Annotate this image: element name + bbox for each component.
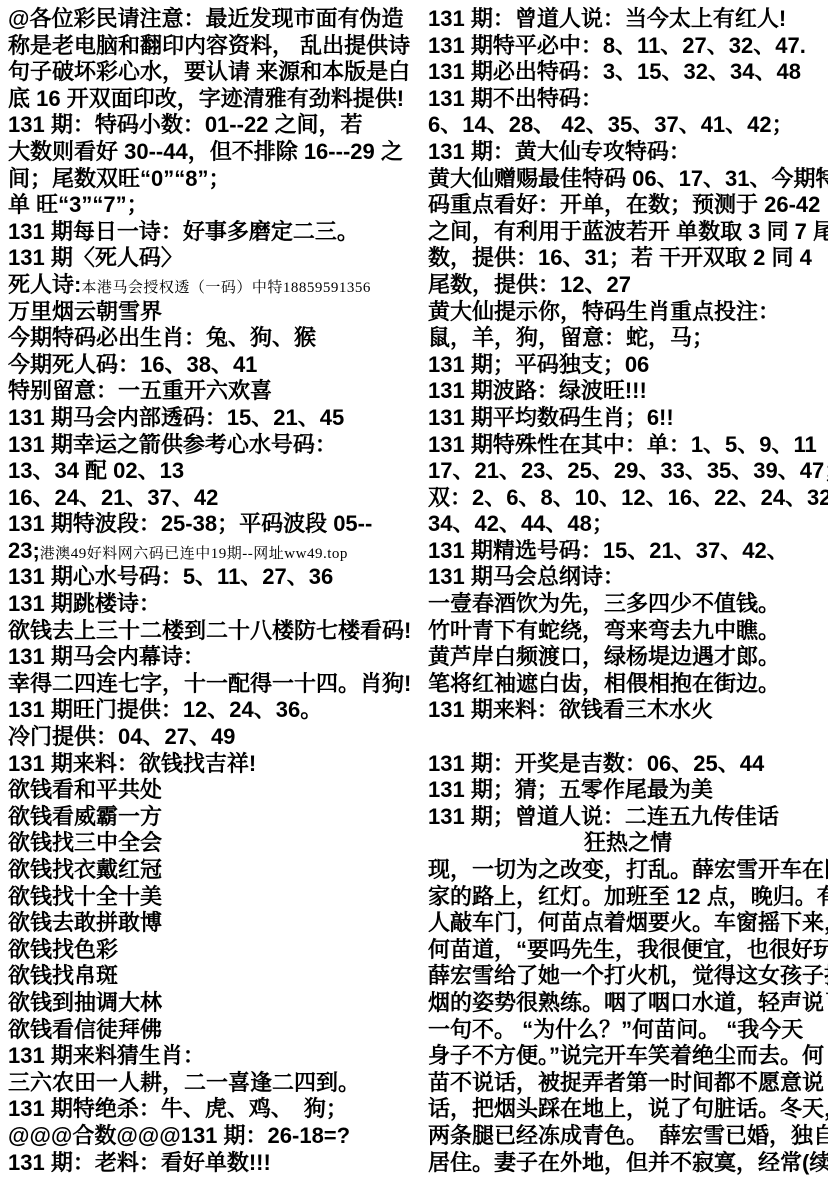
line-text: 131 期〈死人码〉	[8, 245, 183, 270]
line-text: 身子不方便。”说完开车笑着绝尘而去。何	[428, 1043, 824, 1068]
line-text: 句子破坏彩心水，要认请 来源和本版是白	[8, 59, 410, 84]
line-text: 薛宏雪给了她一个打火机，觉得这女孩子抽	[428, 963, 828, 988]
line-text: 131 期马会内幕诗：	[8, 644, 205, 669]
text-line: 一壹春酒饮为先，三多四少不值钱。	[428, 591, 828, 618]
line-text: 131 期；平码独支；06	[428, 352, 649, 377]
text-line: 两条腿已经冻成青色。 薛宏雪已婚，独自	[428, 1123, 828, 1150]
text-line: 欲钱找十全十美	[8, 884, 428, 911]
line-text: 一句不。 “为什么？”何苗问。 “我今天	[428, 1017, 803, 1042]
text-line: 数，提供：16、31；若 干开双取 2 同 4	[428, 245, 828, 272]
text-line: 131 期来料：欲钱找吉祥!	[8, 751, 428, 778]
line-text: 双：2、6、8、10、12、16、22、24、32	[428, 485, 828, 510]
text-line: 欲钱到抽调大林	[8, 990, 428, 1017]
text-line: 尾数，提供：12、27	[428, 272, 828, 299]
text-line: 单 旺“3”“7”；	[8, 192, 428, 219]
line-text: 131 期马会总纲诗：	[428, 564, 625, 589]
line-text: 码重点看好：开单，在数；预测于 26-42	[428, 192, 820, 217]
text-line: 今期死人码：16、38、41	[8, 352, 428, 379]
line-text: 欲钱到抽调大林	[8, 990, 162, 1015]
text-line: 131 期马会内部透码：15、21、45	[8, 405, 428, 432]
text-line: 特别留意：一五重开六欢喜	[8, 378, 428, 405]
blank-line	[428, 724, 828, 751]
line-text: @@@合数@@@131 期：26-18=?	[8, 1123, 350, 1148]
line-text: 131 期来料：欲钱找吉祥!	[8, 751, 256, 776]
line-text: 居住。妻子在外地，但并不寂寞，经常(续)	[428, 1150, 828, 1175]
text-line: 131 期；平码独支；06	[428, 352, 828, 379]
text-line: 黄大仙提示你，特码生肖重点投注：	[428, 299, 828, 326]
text-line: 话，把烟头踩在地上，说了句脏话。冬天，	[428, 1096, 828, 1123]
text-line: 131 期：黄大仙专攻特码：	[428, 139, 828, 166]
lottery-tip-sheet: @各位彩民请注意：最近发现市面有伪造称是老电脑和翻印内容资料， 乱出提供诗句子破…	[0, 0, 828, 1185]
line-text: 欲钱找帛斑	[8, 963, 118, 988]
text-line: 16、24、21、37、42	[8, 485, 428, 512]
text-line: 131 期精选号码：15、21、37、42、	[428, 538, 828, 565]
line-text: 底 16 开双面印改，字迹清雅有劲料提供!	[8, 86, 404, 111]
line-text: 131 期平均数码生肖；6!!	[428, 405, 674, 430]
text-line: 131 期必出特码：3、15、32、34、48	[428, 59, 828, 86]
line-text: 131 期来料猜生肖：	[8, 1043, 205, 1068]
text-line: 竹叶青下有蛇绕，弯来弯去九中瞧。	[428, 618, 828, 645]
text-line: 烟的姿势很熟练。咽了咽口水道，轻声说了	[428, 990, 828, 1017]
text-line: 黄芦岸白频渡口，绿杨堤边遇才郎。	[428, 644, 828, 671]
text-line: 131 期幸运之箭供参考心水号码：	[8, 432, 428, 459]
line-text: 131 期幸运之箭供参考心水号码：	[8, 432, 337, 457]
text-line: @@@合数@@@131 期：26-18=?	[8, 1123, 428, 1150]
text-line: 狂热之情	[428, 830, 828, 857]
left-column: @各位彩民请注意：最近发现市面有伪造称是老电脑和翻印内容资料， 乱出提供诗句子破…	[8, 6, 428, 1185]
line-text: 单 旺“3”“7”；	[8, 192, 149, 217]
text-line: 131 期特绝杀：牛、虎、鸡、 狗；	[8, 1096, 428, 1123]
text-line: 何苗道，“要吗先生，我很便宜，也很好玩	[428, 937, 828, 964]
line-text: 131 期特殊性在其中：单：1、5、9、11	[428, 432, 817, 457]
text-line: 冷门提供：04、27、49	[8, 724, 428, 751]
text-line: @各位彩民请注意：最近发现市面有伪造	[8, 6, 428, 33]
line-text: 131 期：特码小数：01--22 之间，若	[8, 112, 363, 137]
line-text: 131 期来料：欲钱看三木水火	[428, 697, 713, 722]
text-line: 欲钱找色彩	[8, 937, 428, 964]
text-line: 17、21、23、25、29、33、35、39、47；	[428, 458, 828, 485]
text-line: 131 期〈死人码〉	[8, 245, 428, 272]
text-line: 131 期跳楼诗：	[8, 591, 428, 618]
text-line: 双：2、6、8、10、12、16、22、24、32	[428, 485, 828, 512]
line-text: 两条腿已经冻成青色。 薛宏雪已婚，独自	[428, 1123, 828, 1148]
text-line: 一句不。 “为什么？”何苗问。 “我今天	[428, 1017, 828, 1044]
line-text: 131 期；曾道人说：二连五九传佳话	[428, 804, 779, 829]
line-text: 何苗道，“要吗先生，我很便宜，也很好玩	[428, 937, 828, 962]
line-text: 131 期；猜；五零作尾最为美	[428, 777, 713, 802]
line-text: 幸得二四连七字，十一配得一十四。肖狗!	[8, 671, 411, 696]
text-line: 131 期每日一诗：好事多磨定二三。	[8, 219, 428, 246]
watermark-text: 港澳49好料网六码已连中19期--网址ww49.top	[40, 546, 348, 562]
line-text: 131 期跳楼诗：	[8, 591, 161, 616]
text-line: 131 期：曾道人说：当今太上有红人!	[428, 6, 828, 33]
text-line: 欲钱找帛斑	[8, 963, 428, 990]
line-text: 万里烟云朝雪界	[8, 299, 162, 324]
text-line: 131 期心水号码：5、11、27、36	[8, 564, 428, 591]
text-line: 笔将红袖遮白齿，相偎相抱在街边。	[428, 671, 828, 698]
text-line: 今期特码必出生肖：兔、狗、猴	[8, 325, 428, 352]
text-line: 131 期波路：绿波旺!!!	[428, 378, 828, 405]
text-line: 131 期来料：欲钱看三木水火	[428, 697, 828, 724]
line-text: 尾数，提供：12、27	[428, 272, 631, 297]
line-text: 狂热之情	[584, 830, 672, 855]
text-line: 欲钱看威霸一方	[8, 804, 428, 831]
line-text: 三六农田一人耕，二一喜逢二四到。	[8, 1070, 360, 1095]
text-line: 13、34 配 02、13	[8, 458, 428, 485]
text-line: 23;港澳49好料网六码已连中19期--网址ww49.top	[8, 538, 428, 565]
line-text: 冷门提供：04、27、49	[8, 724, 235, 749]
line-text: 欲钱看威霸一方	[8, 804, 162, 829]
line-text: 欲钱找十全十美	[8, 884, 162, 909]
line-text: 17、21、23、25、29、33、35、39、47；	[428, 458, 828, 483]
line-text: 131 期心水号码：5、11、27、36	[8, 564, 333, 589]
line-text: 鼠，羊，狗，留意：蛇，马；	[428, 325, 714, 350]
line-text: 23;	[8, 538, 40, 563]
line-text: 今期死人码：16、38、41	[8, 352, 257, 377]
text-line: 鼠，羊，狗，留意：蛇，马；	[428, 325, 828, 352]
text-line: 欲钱去上三十二楼到二十八楼防七楼看码!	[8, 618, 428, 645]
text-line: 间；尾数双旺“0”“8”；	[8, 166, 428, 193]
line-text: 131 期：曾道人说：当今太上有红人!	[428, 6, 786, 31]
line-text: 131 期特波段：25-38；平码波段 05--	[8, 511, 372, 536]
line-text: 欲钱找衣戴红冠	[8, 857, 162, 882]
text-line: 苗不说话，被捉弄者第一时间都不愿意说	[428, 1070, 828, 1097]
text-line: 0幸得二四连七字，十一配得一十四。肖狗!	[8, 671, 428, 698]
text-line: 6、14、28、 42、35、37、41、42；	[428, 112, 828, 139]
text-line: 底 16 开双面印改，字迹清雅有劲料提供!	[8, 86, 428, 113]
text-line: 身子不方便。”说完开车笑着绝尘而去。何	[428, 1043, 828, 1070]
line-text: 欲钱找色彩	[8, 937, 118, 962]
text-line: 131 期：老料：看好单数!!!	[8, 1150, 428, 1177]
text-line: 131 期平均数码生肖；6!!	[428, 405, 828, 432]
line-text: 间；尾数双旺“0”“8”；	[8, 166, 230, 191]
superscript-mark: 0	[15, 670, 22, 697]
text-line: 131 期马会总纲诗：	[428, 564, 828, 591]
text-line: 欲钱去敢拼敢博	[8, 910, 428, 937]
line-text: @各位彩民请注意：最近发现市面有伪造	[8, 6, 403, 31]
line-text: 131 期不出特码：	[428, 86, 603, 111]
line-text: 欲钱找三中全会	[8, 830, 162, 855]
text-line: 131 期马会内幕诗：	[8, 644, 428, 671]
line-text: 6、14、28、 42、35、37、41、42；	[428, 112, 794, 137]
line-text: 131 期：老料：看好单数!!!	[8, 1150, 271, 1175]
text-line: 34、42、44、48；	[428, 511, 828, 538]
line-text: 欲钱看信徒拜佛	[8, 1017, 162, 1042]
text-line: 131 期特波段：25-38；平码波段 05--	[8, 511, 428, 538]
line-text: 欲钱看和平共处	[8, 777, 162, 802]
text-line: 现，一切为之改变，打乱。薛宏雪开车在回	[428, 857, 828, 884]
text-line: 欲钱看信徒拜佛	[8, 1017, 428, 1044]
line-text: 家的路上，红灯。加班至 12 点，晚归。有	[428, 884, 828, 909]
line-text: 黄大仙赠赐最佳特码 06、17、31、今期特	[428, 166, 828, 191]
text-line: 131 期；曾道人说：二连五九传佳话	[428, 804, 828, 831]
line-text: 一壹春酒饮为先，三多四少不值钱。	[428, 591, 780, 616]
line-text: 131 期波路：绿波旺!!!	[428, 378, 647, 403]
text-line: 欲钱找三中全会	[8, 830, 428, 857]
text-line: 人敲车门，何苗点着烟要火。车窗摇下来，	[428, 910, 828, 937]
text-line: 码重点看好：开单，在数；预测于 26-42	[428, 192, 828, 219]
watermark-text: 本港马会授权透（一码）中特18859591356	[81, 280, 371, 296]
line-text: 34、42、44、48；	[428, 511, 614, 536]
text-line: 欲钱看和平共处	[8, 777, 428, 804]
line-text: 数，提供：16、31；若 干开双取 2 同 4	[428, 245, 812, 270]
line-text: 欲钱去敢拼敢博	[8, 910, 162, 935]
line-text: 131 期特平必中：8、11、27、32、47.	[428, 33, 806, 58]
text-line: 131 期；猜；五零作尾最为美	[428, 777, 828, 804]
line-text: 死人诗:	[8, 272, 81, 297]
text-line: 131 期特平必中：8、11、27、32、47.	[428, 33, 828, 60]
text-line: 三六农田一人耕，二一喜逢二四到。	[8, 1070, 428, 1097]
text-line: 死人诗:本港马会授权透（一码）中特18859591356	[8, 272, 428, 299]
line-text: 131 期每日一诗：好事多磨定二三。	[8, 219, 359, 244]
text-line: 131 期：开奖是吉数：06、25、44	[428, 751, 828, 778]
line-text: 烟的姿势很熟练。咽了咽口水道，轻声说了	[428, 990, 828, 1015]
text-line: 居住。妻子在外地，但并不寂寞，经常(续)	[428, 1150, 828, 1177]
text-line: 句子破坏彩心水，要认请 来源和本版是白	[8, 59, 428, 86]
line-text: 13、34 配 02、13	[8, 458, 184, 483]
text-line: 131 期不出特码：	[428, 86, 828, 113]
line-text: 今期特码必出生肖：兔、狗、猴	[8, 325, 316, 350]
line-text: 人敲车门，何苗点着烟要火。车窗摇下来，	[428, 910, 828, 935]
line-text: 131 期必出特码：3、15、32、34、48	[428, 59, 801, 84]
line-text: 笔将红袖遮白齿，相偎相抱在街边。	[428, 671, 780, 696]
line-text: 131 期马会内部透码：15、21、45	[8, 405, 344, 430]
text-line: 131 期来料猜生肖：	[8, 1043, 428, 1070]
text-line: 家的路上，红灯。加班至 12 点，晚归。有	[428, 884, 828, 911]
right-column: 131 期：曾道人说：当今太上有红人!131 期特平必中：8、11、27、32、…	[428, 6, 828, 1185]
line-text: 特别留意：一五重开六欢喜	[8, 378, 272, 403]
line-text: 大数则看好 30--44，但不排除 16---29 之	[8, 139, 403, 164]
line-text: 欲钱去上三十二楼到二十八楼防七楼看码!	[8, 618, 411, 643]
text-line: 称是老电脑和翻印内容资料， 乱出提供诗	[8, 33, 428, 60]
text-line: 万里烟云朝雪界	[8, 299, 428, 326]
text-line: 欲钱找衣戴红冠	[8, 857, 428, 884]
line-text: 称是老电脑和翻印内容资料， 乱出提供诗	[8, 33, 410, 58]
line-text: 话，把烟头踩在地上，说了句脏话。冬天，	[428, 1096, 828, 1121]
line-text: 131 期特绝杀：牛、虎、鸡、 狗；	[8, 1096, 348, 1121]
line-text: 131 期：黄大仙专攻特码：	[428, 139, 691, 164]
line-text: 131 期精选号码：15、21、37、42、	[428, 538, 789, 563]
line-text: 之间，有利用于蓝波若开 单数取 3 同 7 尾	[428, 219, 828, 244]
line-text: 现，一切为之改变，打乱。薛宏雪开车在回	[428, 857, 828, 882]
line-text: 黄大仙提示你，特码生肖重点投注：	[428, 299, 780, 324]
line-text: 黄芦岸白频渡口，绿杨堤边遇才郎。	[428, 644, 780, 669]
text-line: 131 期旺门提供：12、24、36。	[8, 697, 428, 724]
line-text: 苗不说话，被捉弄者第一时间都不愿意说	[428, 1070, 824, 1095]
text-line: 之间，有利用于蓝波若开 单数取 3 同 7 尾	[428, 219, 828, 246]
text-line: 131 期：特码小数：01--22 之间，若	[8, 112, 428, 139]
text-line: 薛宏雪给了她一个打火机，觉得这女孩子抽	[428, 963, 828, 990]
line-text: 131 期：开奖是吉数：06、25、44	[428, 751, 764, 776]
text-line: 大数则看好 30--44，但不排除 16---29 之	[8, 139, 428, 166]
text-line: 黄大仙赠赐最佳特码 06、17、31、今期特	[428, 166, 828, 193]
line-text: 竹叶青下有蛇绕，弯来弯去九中瞧。	[428, 618, 780, 643]
line-text: 131 期旺门提供：12、24、36。	[8, 697, 322, 722]
line-text: 16、24、21、37、42	[8, 485, 218, 510]
text-line: 131 期特殊性在其中：单：1、5、9、11	[428, 432, 828, 459]
